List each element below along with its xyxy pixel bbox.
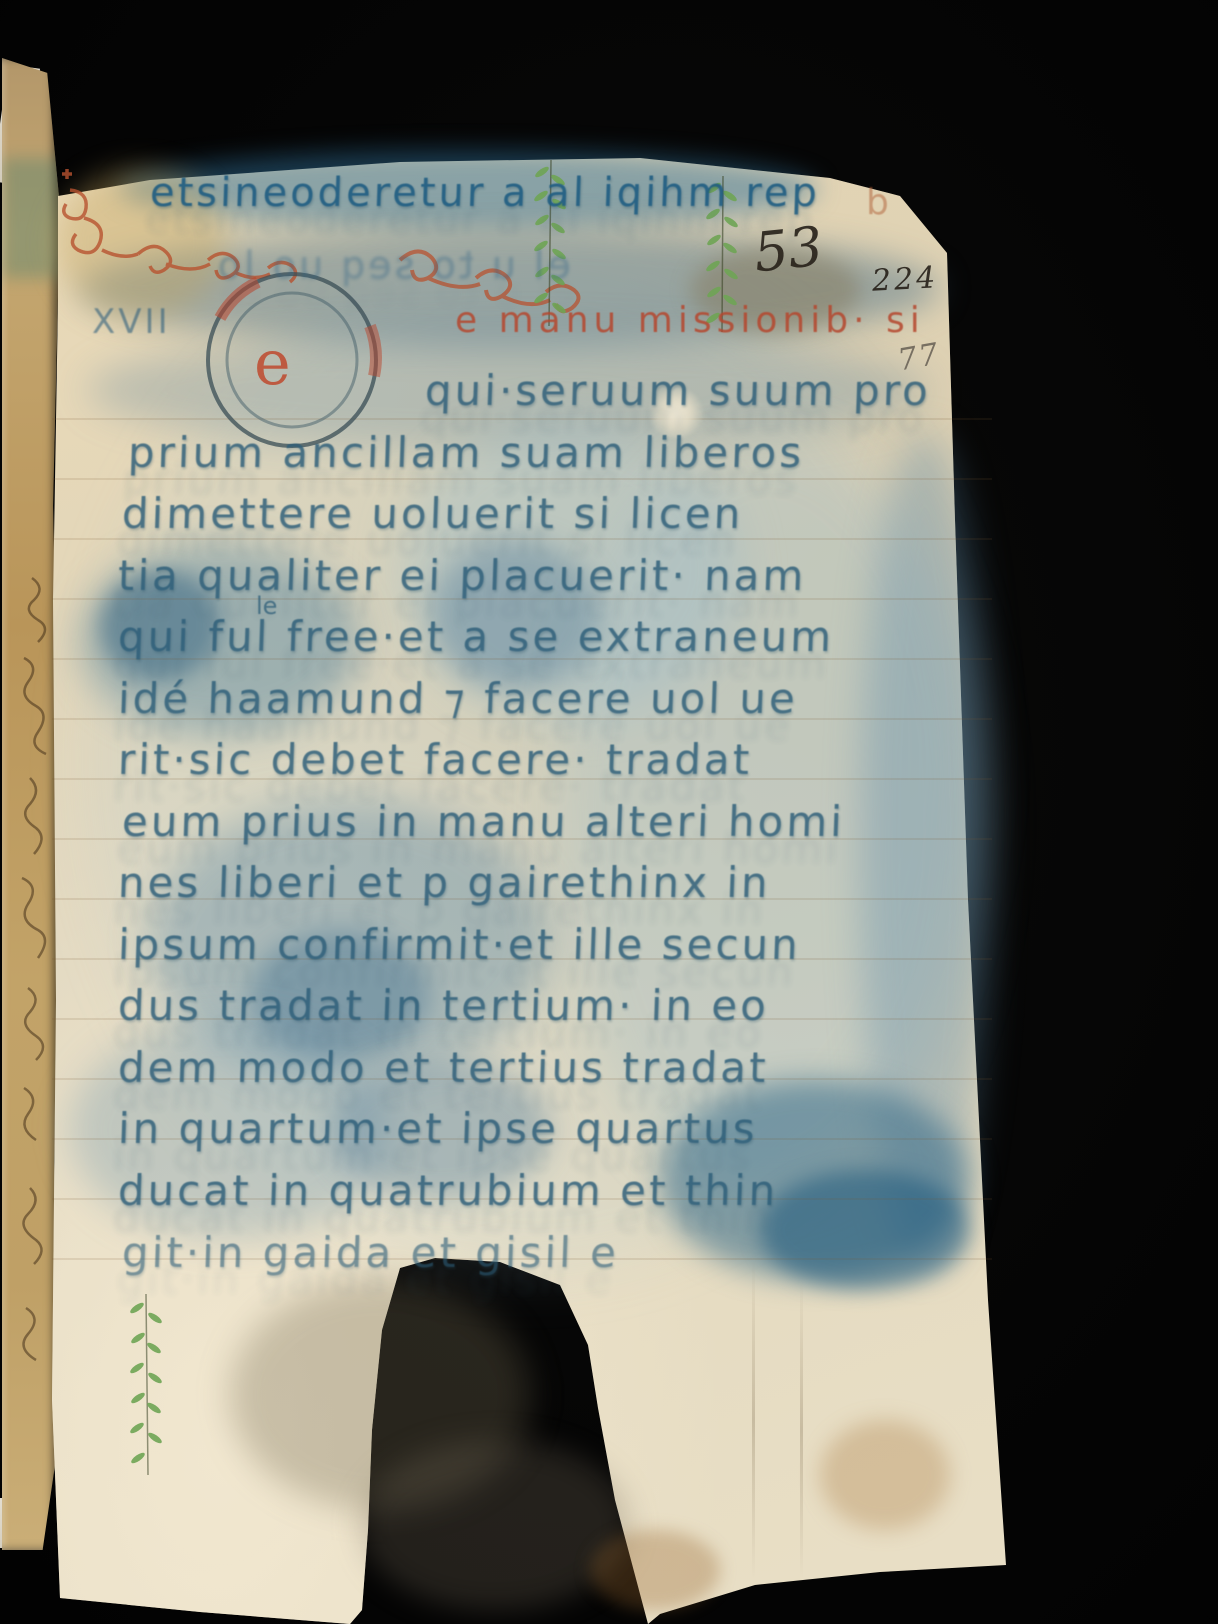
stain-brown	[820, 1420, 950, 1530]
stain-brown	[590, 1530, 720, 1610]
script-line: prium ancillam suam liberos	[127, 428, 805, 477]
top-line-tail-glyph: b	[866, 182, 889, 223]
script-line-top: etsineoderetur a al iqihm rep	[149, 170, 820, 216]
script-line: qui ful free·et a se extraneum	[117, 612, 835, 661]
folio-number-ink: 53	[751, 215, 826, 285]
crease	[800, 1280, 803, 1580]
script-line: dimettere uoluerit si licen	[121, 489, 744, 538]
rubric-heading: e manu missionib· si	[455, 300, 925, 341]
script-line: eum prius in manu alteri homi	[121, 797, 846, 846]
chapter-number-ink: 224	[871, 260, 939, 298]
script-line: qui·seruum suum pro	[424, 366, 932, 415]
margin-chapter-number: XVII	[92, 302, 171, 342]
script-line: nes liberi et p gairethinx in	[117, 858, 771, 907]
initial-inner-glyph: e	[254, 326, 291, 399]
smudge-notch-left	[360, 1440, 630, 1610]
script-line: dus tradat in tertium· in eo	[117, 981, 770, 1030]
crease	[752, 1260, 755, 1580]
script-line: ipsum confirmit·et ille secun	[117, 920, 802, 969]
script-line: in quartum·et ipse quartus	[117, 1104, 758, 1153]
script-line: git·in gaida et gisil e	[121, 1228, 620, 1277]
manuscript-photo: e	[0, 0, 1218, 1624]
script-line: idé haamund ⁊ facere uol ue	[117, 674, 799, 723]
script-line: tia qualiter ei placuerit· nam	[117, 551, 807, 600]
script-line: dem modo et tertius tradat	[117, 1043, 769, 1092]
repair-stitching	[124, 1292, 170, 1477]
superscript-correction: le	[256, 592, 277, 620]
script-line: rit·sic debet facere· tradat	[117, 735, 753, 784]
showthrough-line: el u to seq uo lo	[215, 243, 571, 287]
script-line: ducat in quatrubium et thin	[117, 1166, 779, 1215]
